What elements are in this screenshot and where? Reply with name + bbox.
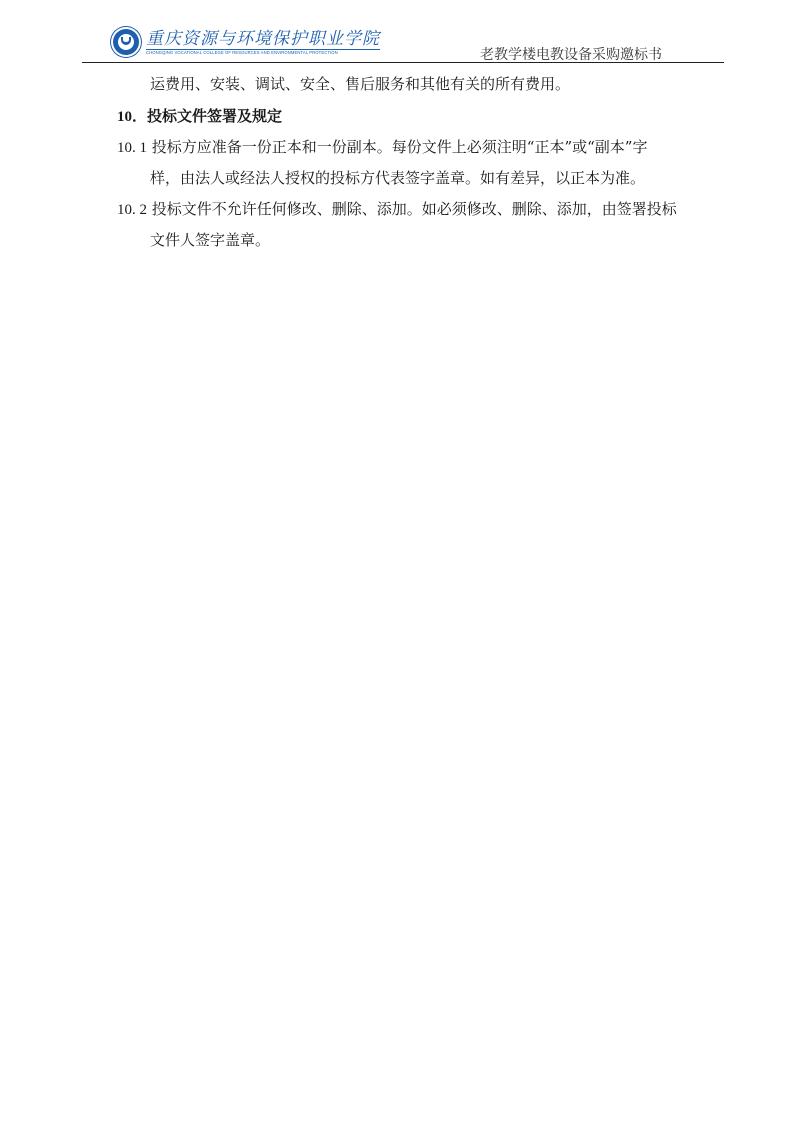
clause-text: 投标文件不允许任何修改、删除、添加。如必须修改、删除、添加，由签署投标 (152, 200, 677, 218)
clause-number: 10. 1 (117, 140, 147, 156)
clause-10-2-line-2: 文件人签字盖章。 (150, 230, 270, 250)
clause-text: 投标方应准备一份正本和一份副本。每份文件上必须注明“正本”或“副本”字 (152, 138, 648, 156)
college-logo: 重庆资源与环境保护职业学院 CHONGQING VOCATIONAL COLLE… (111, 27, 380, 57)
college-emblem-icon (111, 27, 141, 57)
section-title: 投标文件签署及规定 (147, 107, 282, 125)
header-divider (82, 62, 724, 63)
logo-text: 重庆资源与环境保护职业学院 CHONGQING VOCATIONAL COLLE… (146, 29, 380, 56)
continuation-line: 运费用、安装、调试、安全、售后服务和其他有关的所有费用。 (150, 74, 570, 94)
page-header: 重庆资源与环境保护职业学院 CHONGQING VOCATIONAL COLLE… (0, 0, 793, 70)
logo-name-chinese: 重庆资源与环境保护职业学院 (146, 29, 380, 49)
clause-10-1-line-1: 10. 1 投标方应准备一份正本和一份副本。每份文件上必须注明“正本”或“副本”… (117, 137, 647, 158)
section-number: 10． (117, 109, 147, 125)
clause-10-2-line-1: 10. 2 投标文件不允许任何修改、删除、添加。如必须修改、删除、添加，由签署投… (117, 199, 677, 220)
logo-name-english: CHONGQING VOCATIONAL COLLEGE OF RESOURCE… (146, 49, 380, 56)
section-heading: 10．投标文件签署及规定 (117, 106, 282, 127)
clause-10-1-line-2: 样，由法人或经法人授权的投标方代表签字盖章。如有差异，以正本为准。 (150, 168, 645, 188)
clause-number: 10. 2 (117, 202, 147, 218)
